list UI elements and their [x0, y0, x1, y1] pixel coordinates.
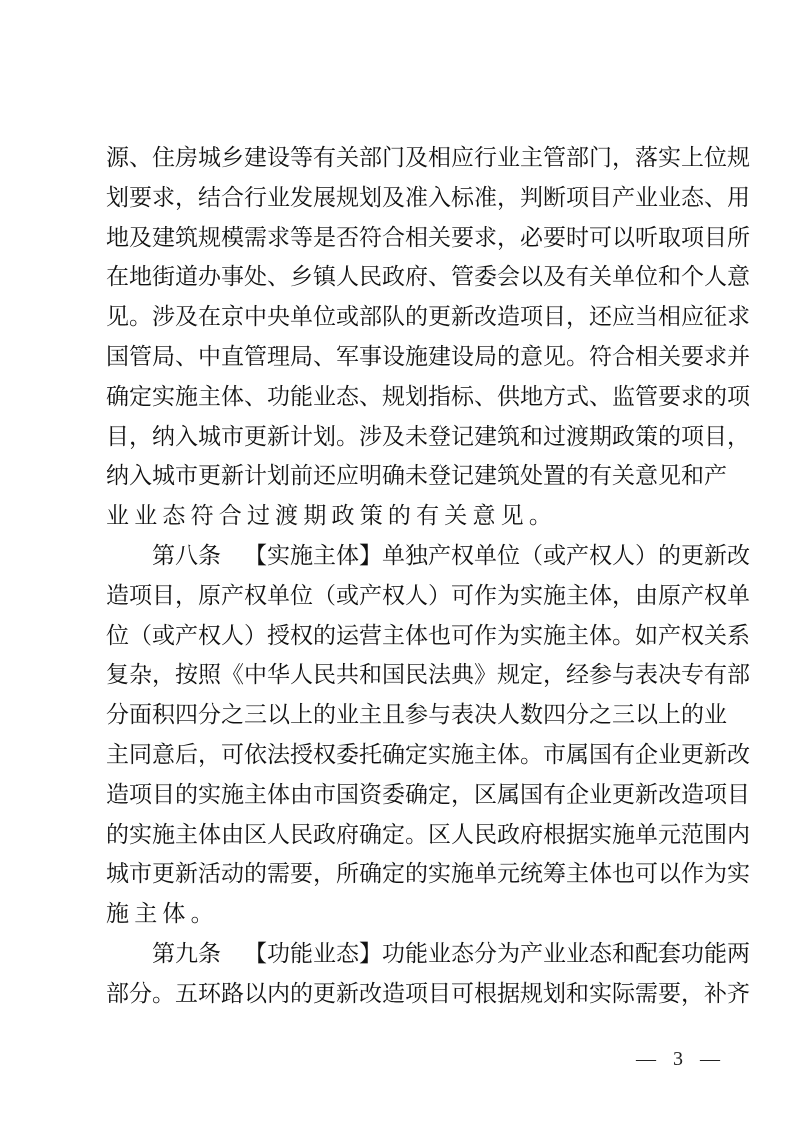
text-line: 见。涉及在京中央单位或部队的更新改造项目，还应当相应征求 [106, 298, 699, 338]
text-line: 的实施主体由区人民政府确定。区人民政府根据实施单元范围内 [106, 816, 699, 856]
text-line: 业业态符合过渡期政策的有关意见。 [106, 497, 699, 537]
text-line: 造项目的实施主体由市国资委确定，区属国有企业更新改造项目 [106, 776, 699, 816]
text-line: 造项目，原产权单位（或产权人）可作为实施主体，由原产权单 [106, 577, 699, 617]
text-line: 复杂，按照《中华人民共和国民法典》规定，经参与表决专有部 [106, 656, 699, 696]
text-line: 划要求，结合行业发展规划及准入标准，判断项目产业业态、用 [106, 179, 699, 219]
text-line: 施主体。 [106, 895, 699, 935]
body-text: 源、住房城乡建设等有关部门及相应行业主管部门，落实上位规划要求，结合行业发展规划… [106, 139, 699, 1015]
text-line: 第八条 【实施主体】单独产权单位（或产权人）的更新改 [106, 537, 699, 577]
text-line: 分面积四分之三以上的业主且参与表决人数四分之三以上的业 [106, 696, 699, 736]
text-line: 地及建筑规模需求等是否符合相关要求，必要时可以听取项目所 [106, 219, 699, 259]
text-line: 目，纳入城市更新计划。涉及未登记建筑和过渡期政策的项目， [106, 418, 699, 458]
text-line: 在地街道办事处、乡镇人民政府、管委会以及有关单位和个人意 [106, 258, 699, 298]
text-line: 第九条 【功能业态】功能业态分为产业业态和配套功能两 [106, 935, 699, 975]
document-page: 源、住房城乡建设等有关部门及相应行业主管部门，落实上位规划要求，结合行业发展规划… [0, 0, 800, 1132]
text-line: 源、住房城乡建设等有关部门及相应行业主管部门，落实上位规 [106, 139, 699, 179]
text-line: 主同意后，可依法授权委托确定实施主体。市属国有企业更新改 [106, 736, 699, 776]
text-line: 确定实施主体、功能业态、规划指标、供地方式、监管要求的项 [106, 378, 699, 418]
page-number: — 3 — [636, 1048, 726, 1071]
text-line: 位（或产权人）授权的运营主体也可作为实施主体。如产权关系 [106, 617, 699, 657]
text-line: 纳入城市更新计划前还应明确未登记建筑处置的有关意见和产 [106, 457, 699, 497]
text-line: 城市更新活动的需要，所确定的实施单元统筹主体也可以作为实 [106, 855, 699, 895]
text-line: 部分。五环路以内的更新改造项目可根据规划和实际需要，补齐 [106, 975, 699, 1015]
text-line: 国管局、中直管理局、军事设施建设局的意见。符合相关要求并 [106, 338, 699, 378]
